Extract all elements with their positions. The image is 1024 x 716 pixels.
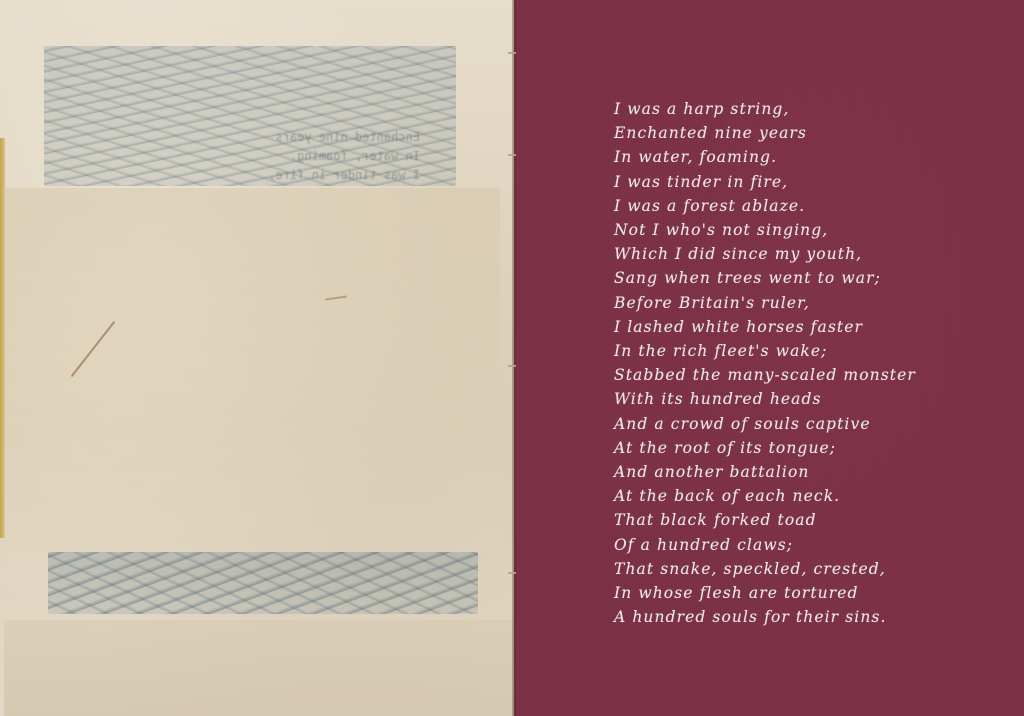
- poem-line: I was a harp string,: [614, 97, 916, 121]
- poem-line: That black forked toad: [614, 508, 916, 532]
- poem-line: And another battalion: [614, 460, 916, 484]
- book-spread: Enchanted nine yearsIn water, foaming.I …: [0, 0, 1024, 716]
- poem-line: At the root of its tongue;: [614, 436, 916, 460]
- poem-line: Enchanted nine years: [614, 121, 916, 145]
- binding-stitch: [508, 154, 516, 156]
- ghost-line: In water, foaming.: [200, 147, 420, 166]
- poem-line: In the rich fleet's wake;: [614, 339, 916, 363]
- poem-line: A hundred souls for their sins.: [614, 605, 916, 629]
- binding-stitch: [508, 365, 516, 367]
- poem-line: Which I did since my youth,: [614, 242, 916, 266]
- poem-line: Sang when trees went to war;: [614, 266, 916, 290]
- poem-line: I was a forest ablaze.: [614, 194, 916, 218]
- poem-line: Of a hundred claws;: [614, 533, 916, 557]
- translucent-sheet: [4, 188, 500, 553]
- ghost-line: Enchanted nine years: [200, 128, 420, 147]
- poem: I was a harp string, Enchanted nine year…: [614, 97, 916, 629]
- poem-line: Stabbed the many-scaled monster: [614, 363, 916, 387]
- book-binding: [512, 0, 516, 716]
- show-through-text: Enchanted nine yearsIn water, foaming.I …: [200, 128, 420, 185]
- left-page-handmade-paper: Enchanted nine yearsIn water, foaming.I …: [0, 0, 514, 716]
- poem-line: At the back of each neck.: [614, 484, 916, 508]
- poem-line: Before Britain's ruler,: [614, 291, 916, 315]
- poem-line: I lashed white horses faster: [614, 315, 916, 339]
- paper-bottom-band: [4, 620, 514, 716]
- poem-line: In whose flesh are tortured: [614, 581, 916, 605]
- poem-line: I was tinder in fire,: [614, 170, 916, 194]
- poem-line: That snake, speckled, crested,: [614, 557, 916, 581]
- poem-line: And a crowd of souls captive: [614, 412, 916, 436]
- woodblock-waves-print-bottom: [48, 552, 478, 614]
- poem-line: In water, foaming.: [614, 145, 916, 169]
- binding-stitch: [508, 572, 516, 574]
- poem-line: Not I who's not singing,: [614, 218, 916, 242]
- poem-line: With its hundred heads: [614, 387, 916, 411]
- binding-stitch: [508, 52, 516, 54]
- ghost-line: I was tinder in fire,: [200, 166, 420, 185]
